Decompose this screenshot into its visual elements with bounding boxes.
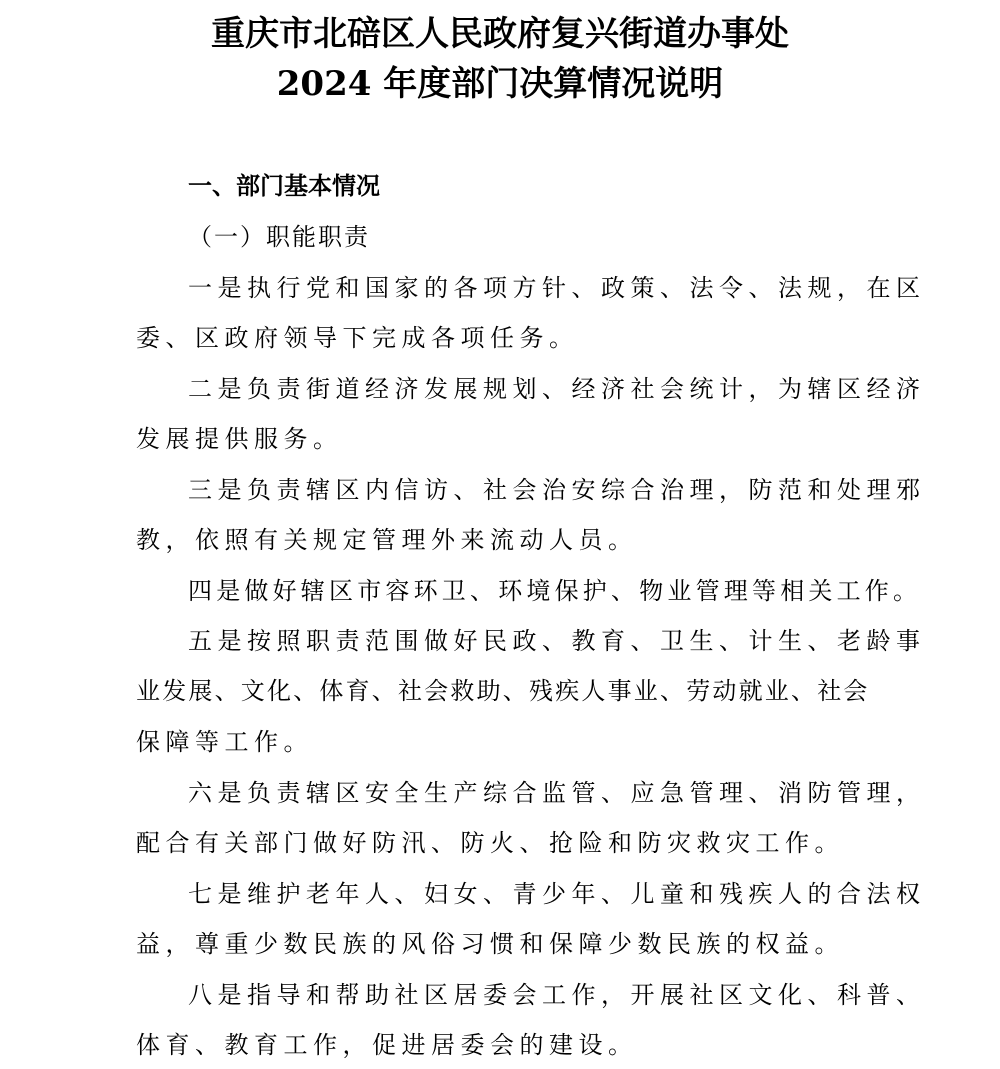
paragraph-8-line-2: 体育、教育工作，促进居委会的建设。	[136, 1027, 638, 1063]
paragraph-5-line-3: 保障等工作。	[136, 724, 313, 760]
paragraph-2-line-2: 发展提供服务。	[136, 421, 343, 457]
paragraph-3-line-2: 教，依照有关规定管理外来流动人员。	[136, 522, 638, 558]
paragraph-1-line-1: 一是执行党和国家的各项方针、政策、法令、法规，在区	[188, 270, 926, 306]
paragraph-5-line-2: 业发展、文化、体育、社会救助、残疾人事业、劳动就业、社会	[136, 673, 870, 709]
document-title-line-1: 重庆市北碚区人民政府复兴街道办事处	[0, 14, 1000, 54]
paragraph-6-line-2: 配合有关部门做好防汛、防火、抢险和防灾救灾工作。	[136, 825, 844, 861]
document-title-line-2: 2024 年度部门决算情况说明	[0, 64, 1000, 104]
subsection-heading-functions: （一）职能职责	[188, 219, 370, 255]
paragraph-6-line-1: 六是负责辖区安全生产综合监管、应急管理、消防管理，	[188, 775, 926, 811]
paragraph-4-line-1: 四是做好辖区市容环卫、环境保护、物业管理等相关工作。	[188, 573, 921, 609]
paragraph-8-line-1: 八是指导和帮助社区居委会工作，开展社区文化、科普、	[188, 977, 926, 1013]
paragraph-5-line-1: 五是按照职责范围做好民政、教育、卫生、计生、老龄事	[188, 623, 926, 659]
paragraph-1-line-2: 委、区政府领导下完成各项任务。	[136, 320, 579, 356]
paragraph-7-line-1: 七是维护老年人、妇女、青少年、儿童和残疾人的合法权	[188, 876, 926, 912]
paragraph-7-line-2: 益，尊重少数民族的风俗习惯和保障少数民族的权益。	[136, 926, 844, 962]
section-heading-basic-info: 一、部门基本情况	[188, 168, 380, 204]
paragraph-3-line-1: 三是负责辖区内信访、社会治安综合治理，防范和处理邪	[188, 472, 926, 508]
paragraph-2-line-1: 二是负责街道经济发展规划、经济社会统计，为辖区经济	[188, 371, 926, 407]
